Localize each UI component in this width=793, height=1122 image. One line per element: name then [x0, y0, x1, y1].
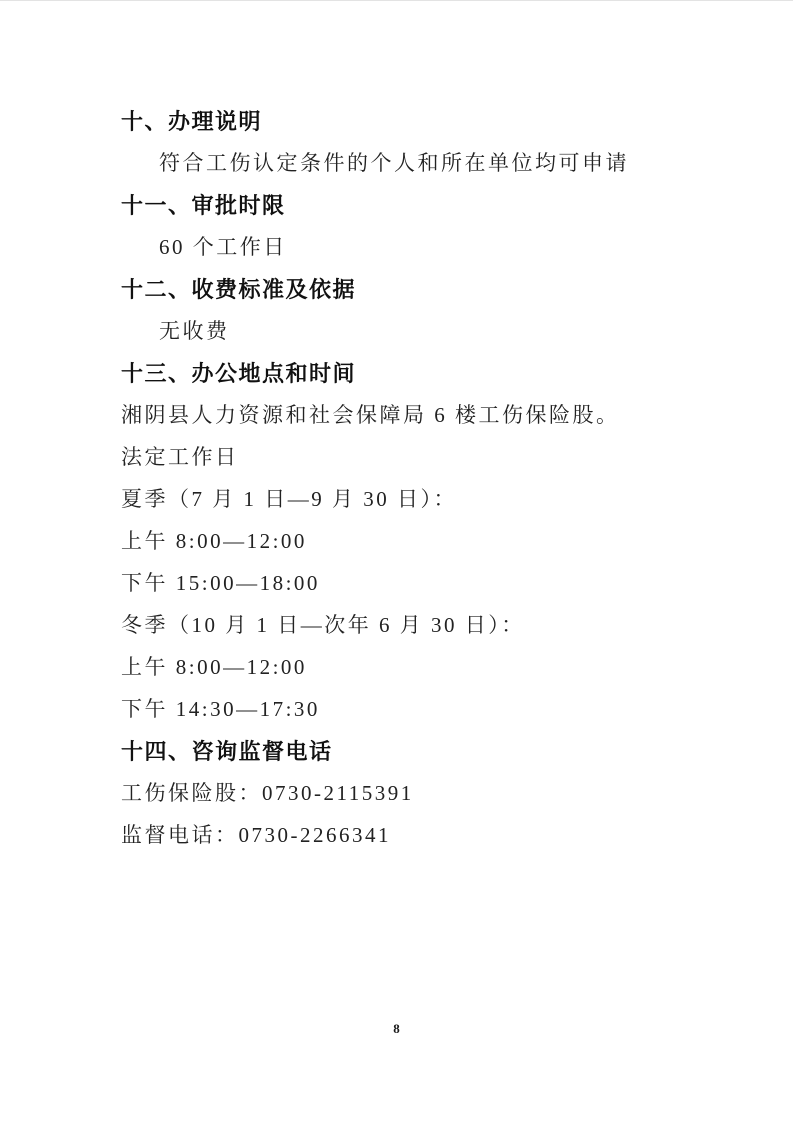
summer-afternoon-hours-line: 下午 15:00—18:00 [121, 561, 713, 603]
section-10-body: 符合工伤认定条件的个人和所在单位均可申请 [121, 141, 713, 183]
page-number: 8 [0, 1021, 793, 1037]
document-page: 十、办理说明 符合工伤认定条件的个人和所在单位均可申请 十一、审批时限 60 个… [0, 0, 793, 1122]
section-12-body: 无收费 [121, 309, 713, 351]
supervision-phone-line: 监督电话：0730-2266341 [121, 813, 713, 855]
winter-afternoon-hours-line: 下午 14:30—17:30 [121, 687, 713, 729]
winter-schedule-line: 冬季（10 月 1 日—次年 6 月 30 日）： [121, 603, 713, 645]
summer-schedule-line: 夏季（7 月 1 日—9 月 30 日）： [121, 477, 713, 519]
document-content: 十、办理说明 符合工伤认定条件的个人和所在单位均可申请 十一、审批时限 60 个… [121, 99, 713, 855]
section-11-body: 60 个工作日 [121, 225, 713, 267]
office-location-line: 湘阴县人力资源和社会保障局 6 楼工伤保险股。 [121, 393, 713, 435]
insurance-phone-line: 工伤保险股：0730-2115391 [121, 771, 713, 813]
section-13-heading: 十三、办公地点和时间 [121, 351, 713, 393]
summer-morning-hours-line: 上午 8:00—12:00 [121, 519, 713, 561]
section-14-heading: 十四、咨询监督电话 [121, 729, 713, 771]
workday-line: 法定工作日 [121, 435, 713, 477]
section-11-heading: 十一、审批时限 [121, 183, 713, 225]
winter-morning-hours-line: 上午 8:00—12:00 [121, 645, 713, 687]
section-12-heading: 十二、收费标准及依据 [121, 267, 713, 309]
section-10-heading: 十、办理说明 [121, 99, 713, 141]
